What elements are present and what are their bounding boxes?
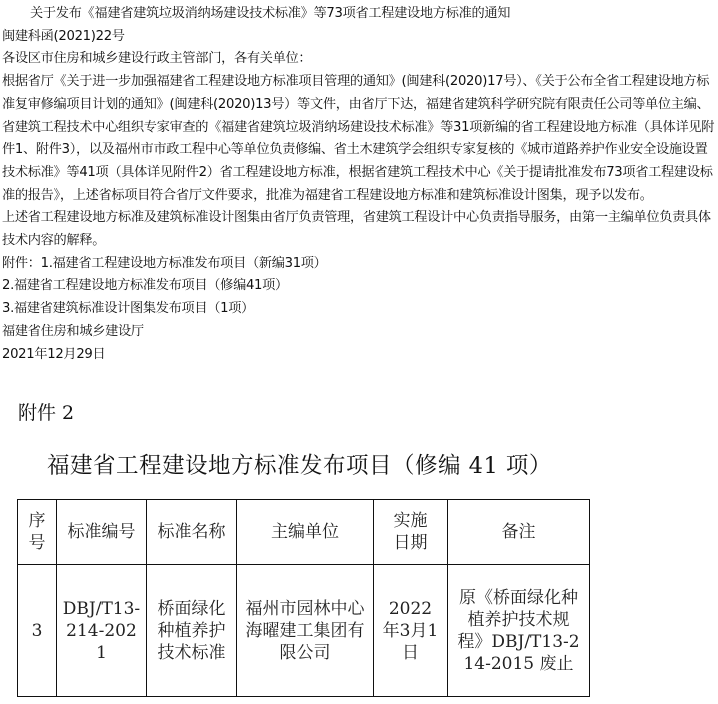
- table-header-row: 序号 标准编号 标准名称 主编单位 实施日期 备注: [18, 500, 590, 565]
- salutation: 各设区市住房和城乡建设行政主管部门，各有关单位：: [2, 48, 718, 71]
- attachment-item-1: 附件：1.福建省工程建设地方标准发布项目（新编31项）: [2, 253, 718, 276]
- cell-editor: 福州市园林中心海曜建工集团有限公司: [237, 565, 374, 697]
- table-row: 3 DBJ/T13-214-2021 桥面绿化种植养护技术标准 福州市园林中心海…: [18, 565, 590, 697]
- cell-code: DBJ/T13-214-2021: [57, 565, 147, 697]
- notice-body: 关于发布《福建省建筑垃圾消纳场建设技术标准》等73项省工程建设地方标准的通知 闽…: [2, 3, 718, 366]
- attachment-label: 附件 2: [18, 398, 74, 425]
- paragraph-management: 上述省工程建设地方标准及建筑标准设计图集由省厅负责管理，省建筑工程设计中心负责指…: [2, 207, 718, 252]
- cell-remark: 原《桥面绿化种植养护技术规程》DBJ/T13-214-2015 废止: [448, 565, 590, 697]
- issuer: 福建省住房和城乡建设厅: [2, 321, 718, 344]
- header-date: 实施日期: [374, 500, 448, 565]
- header-name: 标准名称: [147, 500, 237, 565]
- attachment-title: 福建省工程建设地方标准发布项目（修编 41 项）: [47, 448, 552, 480]
- issue-date: 2021年12月29日: [2, 344, 718, 367]
- cell-name: 桥面绿化种植养护技术标准: [147, 565, 237, 697]
- standards-table: 序号 标准编号 标准名称 主编单位 实施日期 备注 3 DBJ/T13-214-…: [17, 499, 590, 697]
- doc-number: 闽建科函(2021)22号: [2, 26, 718, 49]
- attachment-item-3: 3.福建省建筑标准设计图集发布项目（1项）: [2, 298, 718, 321]
- header-code: 标准编号: [57, 500, 147, 565]
- notice-title: 关于发布《福建省建筑垃圾消纳场建设技术标准》等73项省工程建设地方标准的通知: [2, 3, 718, 26]
- header-index: 序号: [18, 500, 57, 565]
- cell-index: 3: [18, 565, 57, 697]
- paragraph-main: 根据省厅《关于进一步加强福建省工程建设地方标准项目管理的通知》(闽建科(2020…: [2, 71, 718, 207]
- attachment-item-2: 2.福建省工程建设地方标准发布项目（修编41项）: [2, 275, 718, 298]
- cell-effective-date: 2022 年3月1日: [374, 565, 448, 697]
- header-remark: 备注: [448, 500, 590, 565]
- header-editor: 主编单位: [237, 500, 374, 565]
